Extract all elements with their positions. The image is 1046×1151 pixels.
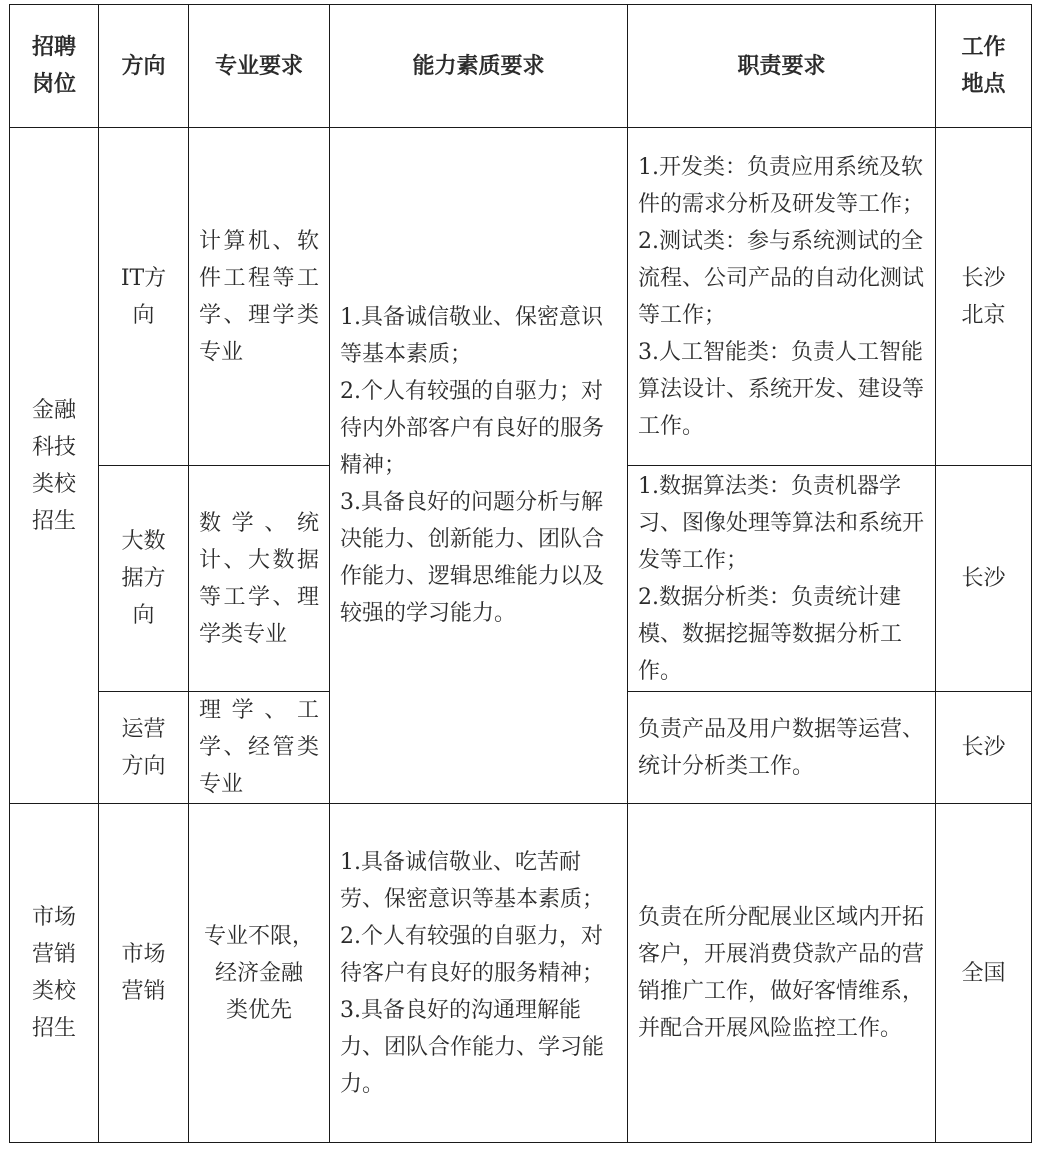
- location-cell: 全国: [936, 804, 1032, 1143]
- duties-cell: 1.数据算法类：负责机器学习、图像处理等算法和系统开发等工作； 2.数据分析类：…: [628, 466, 936, 692]
- major-cell: 数学、统计、大数据等工学、理学类专业: [189, 466, 330, 692]
- major-cell: 理学、工学、经管类专业: [189, 692, 330, 804]
- location-cell: 长沙: [936, 466, 1032, 692]
- location-cell: 长沙: [936, 692, 1032, 804]
- table-row: 金融 科技 类校 招生 IT方 向 计算机、软件工程等工学、理学类专业 1.具备…: [10, 128, 1032, 466]
- direction-cell: 市场 营销: [99, 804, 189, 1143]
- ability-cell: 1.具备诚信敬业、保密意识等基本素质； 2.个人有较强的自驱力；对待内外部客户有…: [330, 128, 628, 804]
- recruitment-table: 招聘 岗位 方向 专业要求 能力素质要求 职责要求 工作 地点 金融 科技 类校…: [9, 4, 1032, 1143]
- header-position: 招聘 岗位: [10, 5, 99, 128]
- position-cell: 金融 科技 类校 招生: [10, 128, 99, 804]
- duties-cell: 负责在所分配展业区域内开拓客户，开展消费贷款产品的营销推广工作，做好客情维系，并…: [628, 804, 936, 1143]
- header-location: 工作 地点: [936, 5, 1032, 128]
- ability-cell: 1.具备诚信敬业、吃苦耐劳、保密意识等基本素质； 2.个人有较强的自驱力，对待客…: [330, 804, 628, 1143]
- direction-cell: 大数 据方 向: [99, 466, 189, 692]
- table-row: 市场 营销 类校 招生 市场 营销 专业不限， 经济金融 类优先 1.具备诚信敬…: [10, 804, 1032, 1143]
- major-cell: 计算机、软件工程等工学、理学类专业: [189, 128, 330, 466]
- location-cell: 长沙 北京: [936, 128, 1032, 466]
- direction-cell: IT方 向: [99, 128, 189, 466]
- major-cell: 专业不限， 经济金融 类优先: [189, 804, 330, 1143]
- duties-cell: 1.开发类：负责应用系统及软件的需求分析及研发等工作； 2.测试类：参与系统测试…: [628, 128, 936, 466]
- position-cell: 市场 营销 类校 招生: [10, 804, 99, 1143]
- direction-cell: 运营 方向: [99, 692, 189, 804]
- header-direction: 方向: [99, 5, 189, 128]
- duties-cell: 负责产品及用户数据等运营、统计分析类工作。: [628, 692, 936, 804]
- header-ability: 能力素质要求: [330, 5, 628, 128]
- header-major: 专业要求: [189, 5, 330, 128]
- header-row: 招聘 岗位 方向 专业要求 能力素质要求 职责要求 工作 地点: [10, 5, 1032, 128]
- header-duties: 职责要求: [628, 5, 936, 128]
